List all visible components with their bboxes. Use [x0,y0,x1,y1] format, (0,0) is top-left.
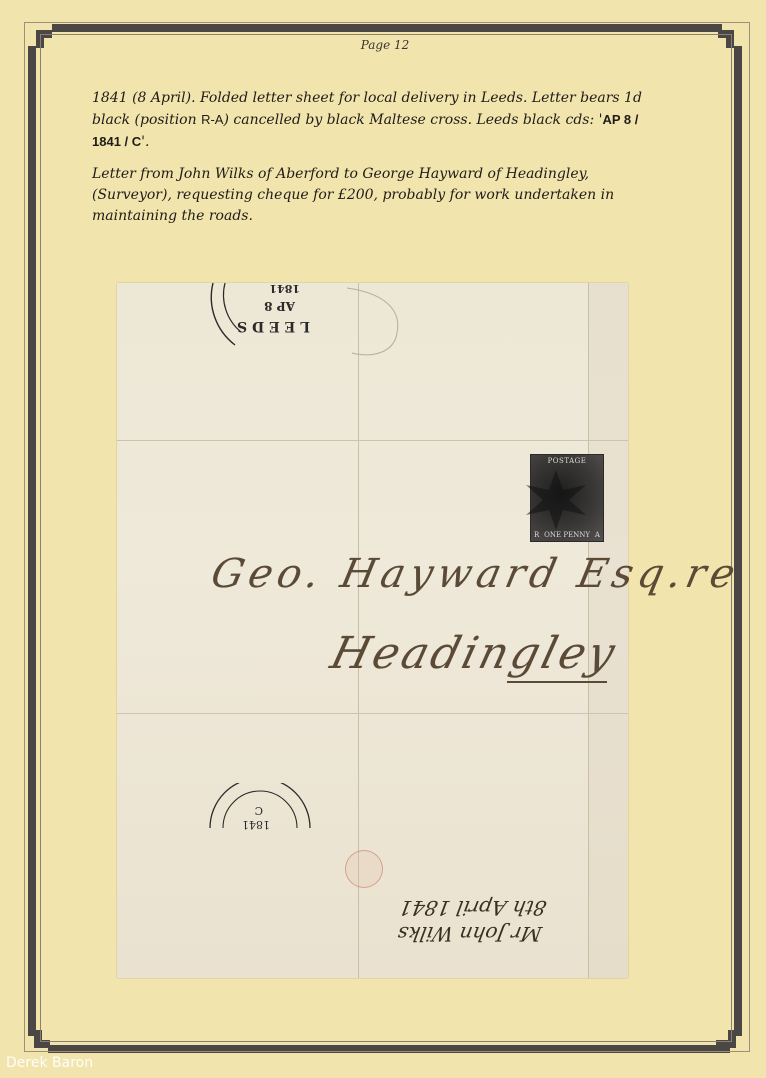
svg-text:AP 8: AP 8 [264,299,296,313]
address-underline [507,681,607,683]
maltese-cross-cancel-icon [521,465,591,535]
svg-text:1841: 1841 [242,818,270,831]
description-paragraph-2: Letter from John Wilks of Aberford to Ge… [92,164,662,227]
description-text-b: ) cancelled by black Maltese cross. Leed… [223,112,602,128]
receiving-postmark-icon: 1841 C [205,783,315,843]
fold-line-horizontal-2 [117,713,628,714]
docket-line-2: 8th April 1841 [397,895,548,921]
photographer-watermark: Derek Baron [6,1055,93,1071]
svg-text:1841: 1841 [269,282,300,295]
stamp-corner-right: A [595,531,600,539]
penny-black-stamp: POSTAGE R ONE PENNY A [530,454,604,542]
red-wax-seal-trace [345,850,383,888]
svg-text:C: C [255,804,263,817]
leeds-postmark-icon: L E E D S AP 8 1841 [205,277,355,357]
stamp-top-label: POSTAGE [531,457,603,465]
stamp-bottom-row: R ONE PENNY A [534,531,600,539]
stamp-corner-left: R [534,531,539,539]
description-text-c: '. [141,134,149,150]
svg-text:L E E D S: L E E D S [237,318,310,334]
fold-line-horizontal-1 [117,440,628,441]
docket-note: Mr John Wilks 8th April 1841 [392,895,548,947]
description-paragraph-1: 1841 (8 April). Folded letter sheet for … [92,88,662,153]
stamp-value: ONE PENNY [544,531,590,539]
stamp-position: R-A [201,112,223,127]
docket-line-1: Mr John Wilks [392,921,543,947]
address-line-1: Geo. Hayward Esq.re [207,551,744,597]
paper-tear-icon [342,283,412,363]
letter-sheet: L E E D S AP 8 1841 POSTAGE R ONE PENNY … [117,283,628,978]
page-number: Page 12 [0,38,766,52]
address-line-2: Headingley [326,628,623,679]
